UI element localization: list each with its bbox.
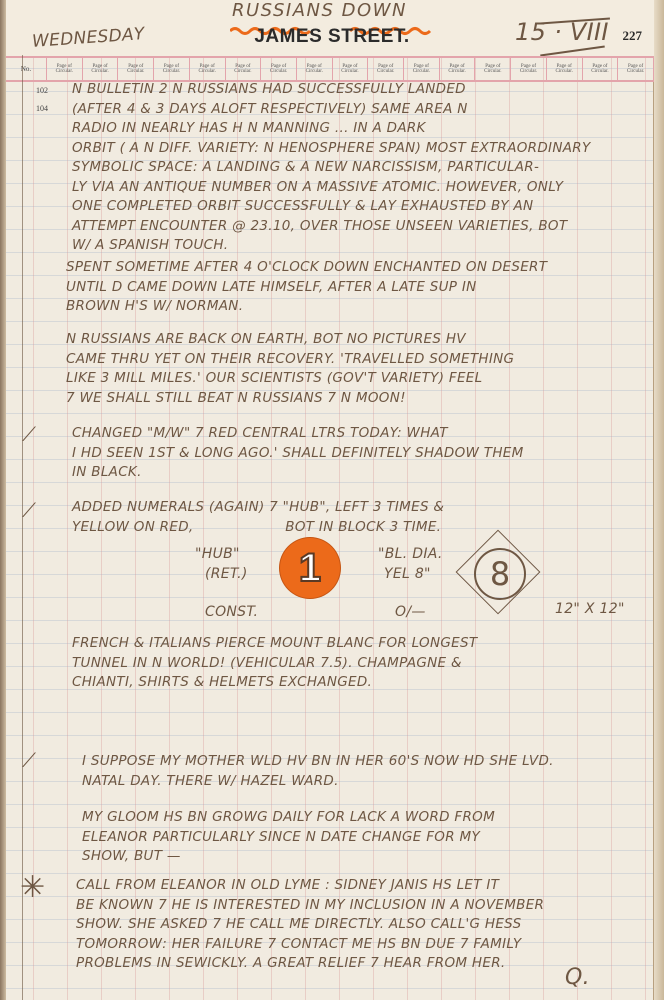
column-header-page-of-circular: Page of Circular. <box>47 58 83 80</box>
date: 15 · VIII <box>515 18 609 46</box>
column-header-page-of-circular: Page of Circular. <box>511 58 547 80</box>
signature: Q. <box>565 965 590 990</box>
entry-spent-evening: SPENT SOMETIME AFTER 4 O'CLOCK DOWN ENCH… <box>66 258 641 317</box>
entry-numerals: ADDED NUMERALS (AGAIN) 7 "HUB", LEFT 3 T… <box>72 498 647 537</box>
column-header-page-of-circular: Page of Circular. <box>333 58 369 80</box>
column-header-page-of-circular: Page of Circular. <box>297 58 333 80</box>
row-number: 104 <box>36 104 48 113</box>
yel-label: YEL 8" <box>384 565 431 583</box>
headline-handwritten: Russians down <box>232 0 407 21</box>
column-header-page-of-circular: Page of Circular. <box>547 58 583 80</box>
arrow-mark-icon: ⟋ <box>22 424 36 447</box>
entry-mother: I SUPPOSE MY MOTHER WLD HV BN IN HER 60'… <box>82 752 657 791</box>
page-number: 227 <box>623 28 643 44</box>
column-header-page-of-circular: Page of Circular. <box>368 58 404 80</box>
hub-label: "HUB" <box>195 545 240 563</box>
column-header-page-of-circular: Page of Circular. <box>154 58 190 80</box>
column-header-page-of-circular: Page of Circular. <box>404 58 440 80</box>
entry-back-on-earth: N RUSSIANS ARE BACK ON EARTH, BOT NO PIC… <box>66 330 641 408</box>
arrow-mark-icon: ⟋ <box>22 500 36 523</box>
column-header-page-of-circular: Page of Circular. <box>226 58 262 80</box>
entry-bulletin: N BULLETIN 2 N RUSSIANS HAD SUCCESSFULLY… <box>72 80 647 256</box>
column-header-row: No. Page of Circular.Page of Circular.Pa… <box>6 58 654 80</box>
bl-dia-label: "BL. DIA. <box>378 545 443 563</box>
entry-tunnel: FRENCH & ITALIANS PIERCE MOUNT BLANC FOR… <box>72 634 647 693</box>
row-number: 102 <box>36 86 48 95</box>
column-header-page-of-circular: Page of Circular. <box>261 58 297 80</box>
entry-call: CALL FROM ELEANOR IN OLD LYME : SIDNEY J… <box>76 876 651 974</box>
column-header-page-of-circular: Page of Circular. <box>475 58 511 80</box>
ok-label: O/— <box>395 603 426 621</box>
column-header-page-of-circular: Page of Circular. <box>583 58 619 80</box>
column-no: No. <box>6 58 47 80</box>
margin-rule <box>22 55 23 1000</box>
column-header-page-of-circular: Page of Circular. <box>83 58 119 80</box>
column-header-page-of-circular: Page of Circular. <box>618 58 654 80</box>
column-header-page-of-circular: Page of Circular. <box>190 58 226 80</box>
hub-sub-label: (RET.) <box>205 565 248 583</box>
column-header-page-of-circular: Page of Circular. <box>118 58 154 80</box>
entry-changed-mw: CHANGED "M/W" 7 RED CENTRAL LTRS TODAY: … <box>72 424 647 483</box>
size-label: 12" X 12" <box>555 600 625 618</box>
orange-numeral-badge: 1 <box>280 538 340 598</box>
asterisk-mark-icon: ✳ <box>20 870 45 905</box>
book-spine <box>0 0 6 1000</box>
column-header-page-of-circular: Page of Circular. <box>440 58 476 80</box>
arrow-mark-icon: ⟋ <box>22 750 36 773</box>
diamond-numeral: 8 <box>474 548 526 600</box>
const-label: CONST. <box>205 603 258 621</box>
entry-gloom: MY GLOOM HS BN GROWG DAILY FOR LACK A WO… <box>82 808 657 867</box>
